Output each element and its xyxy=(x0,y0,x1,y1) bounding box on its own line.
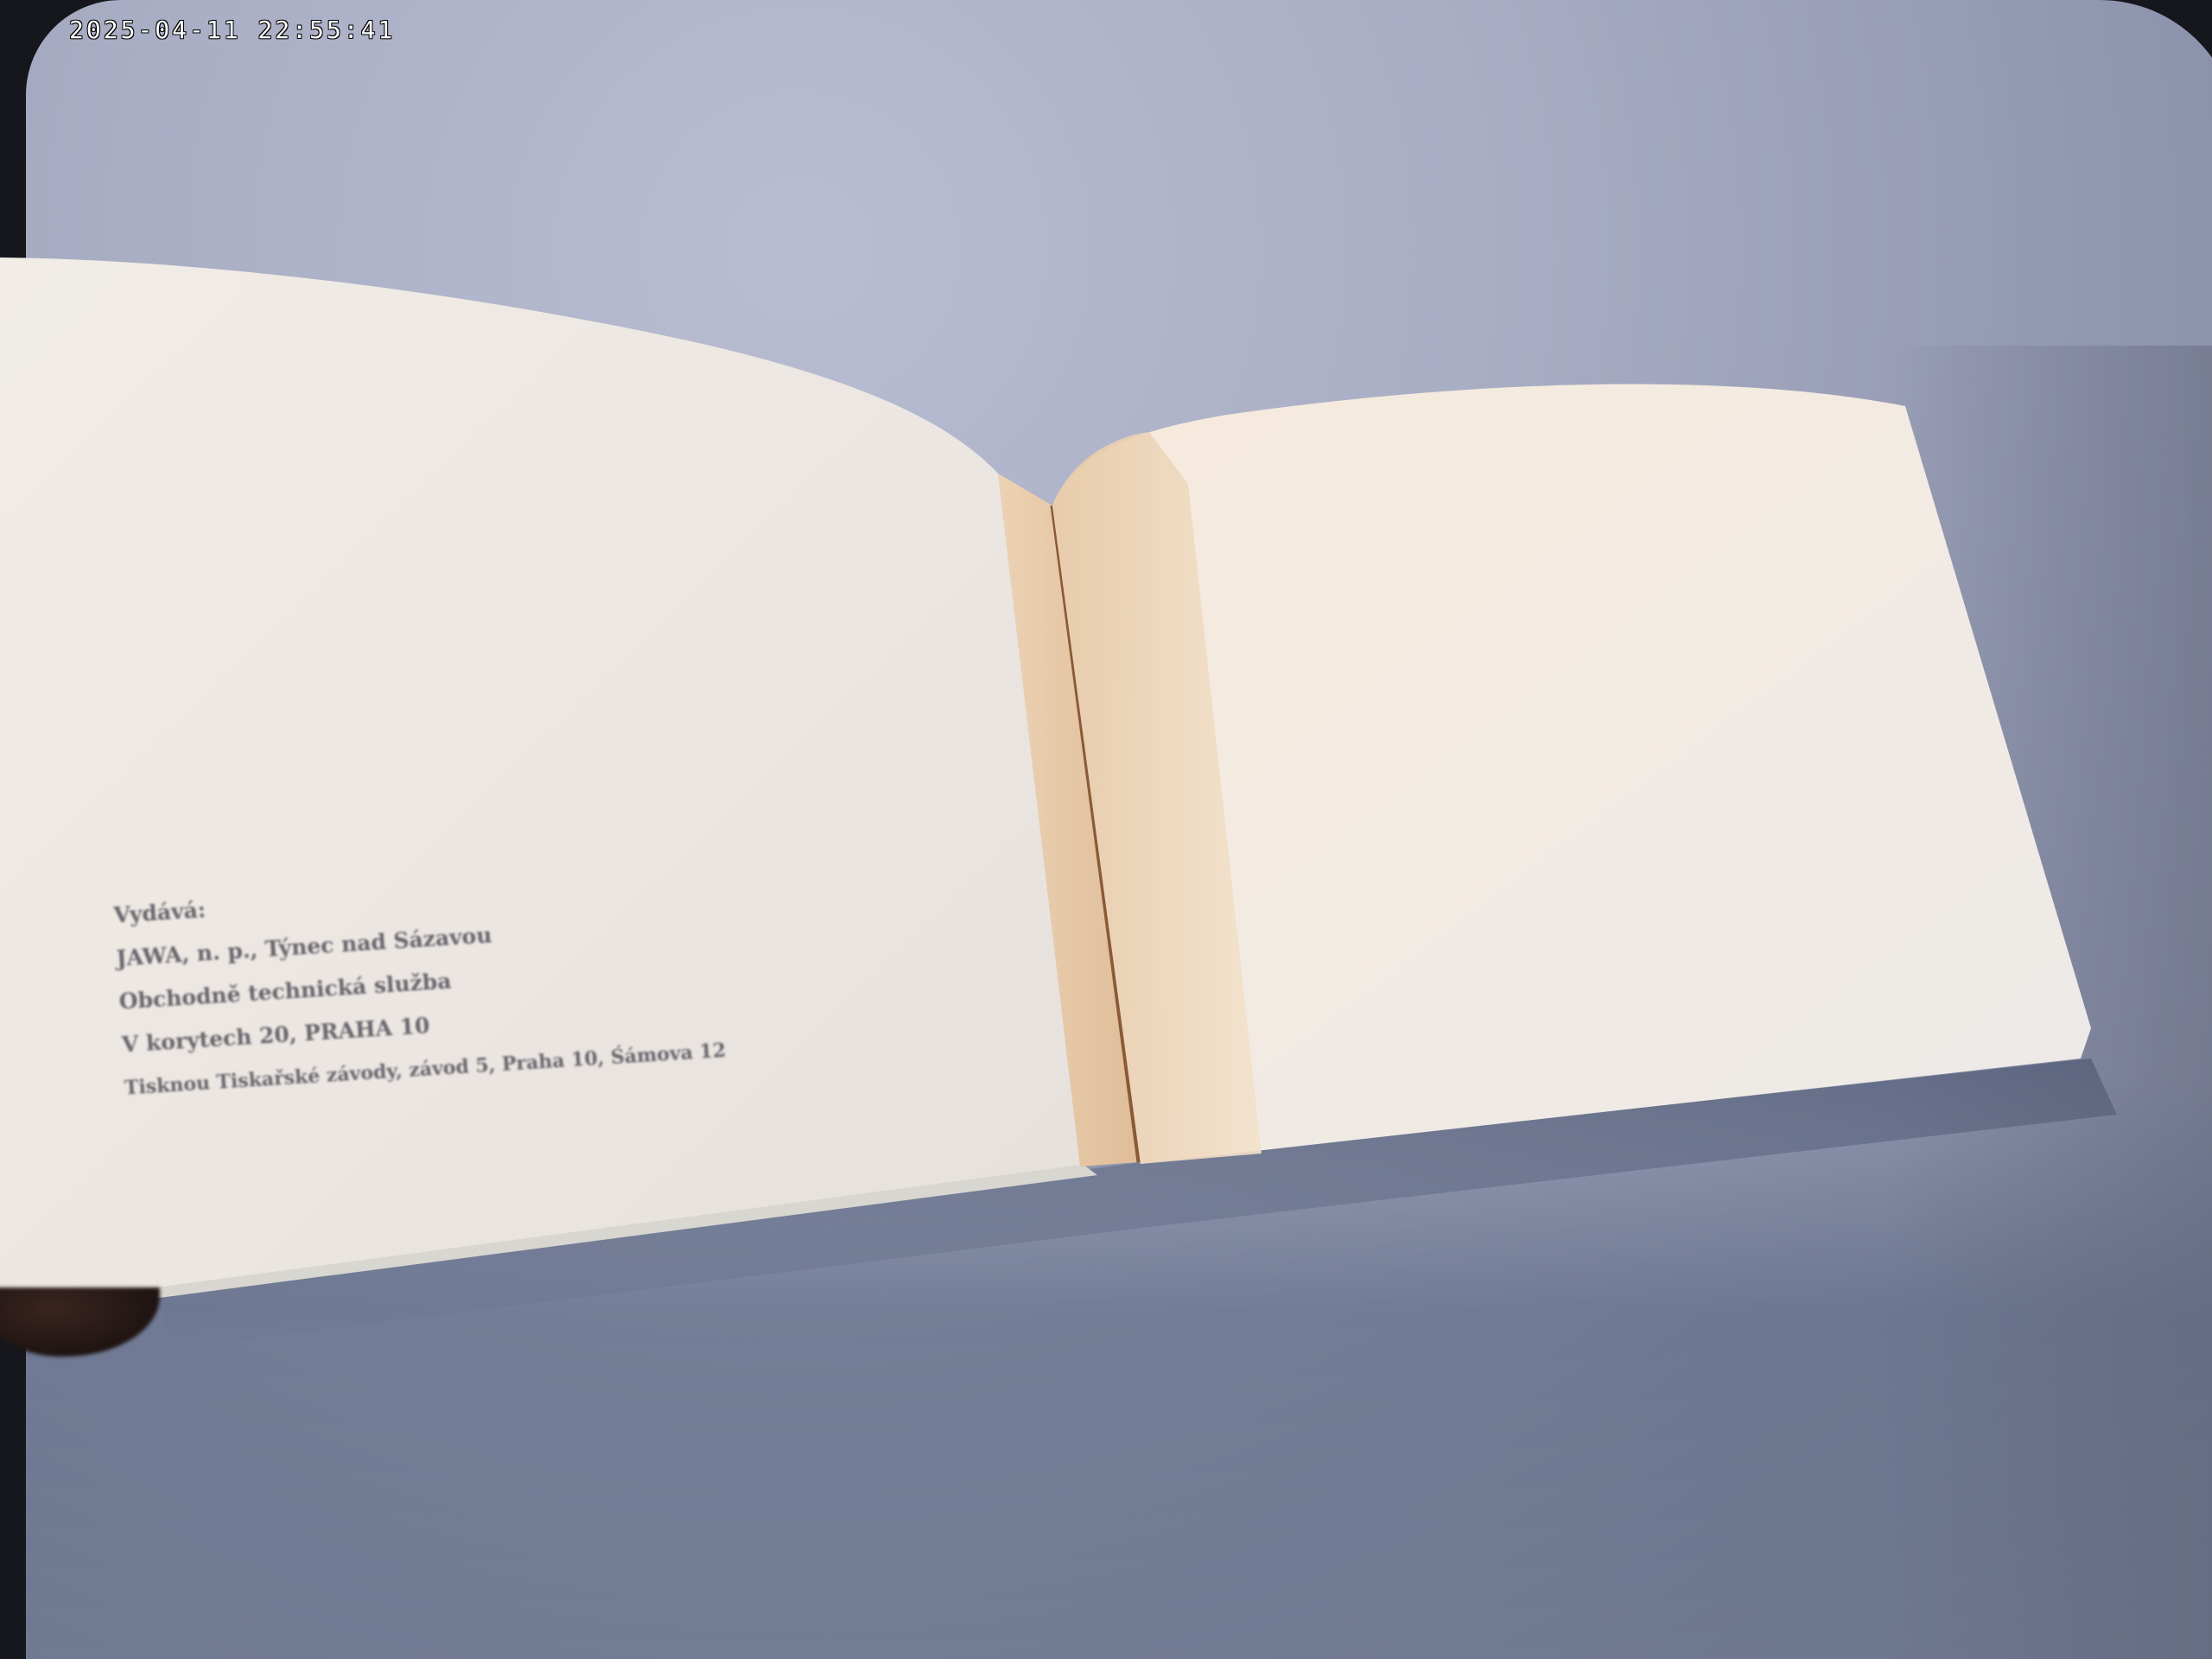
open-booklet xyxy=(0,0,2212,1659)
publisher-imprint: Vydává: JAWA, n. p., Týnec nad Sázavou O… xyxy=(112,856,728,1109)
photo-scene: 2025-04-11 22:55:41 xyxy=(0,0,2212,1659)
left-page xyxy=(0,257,1080,1300)
timestamp-overlay: 2025-04-11 22:55:41 xyxy=(69,16,395,44)
